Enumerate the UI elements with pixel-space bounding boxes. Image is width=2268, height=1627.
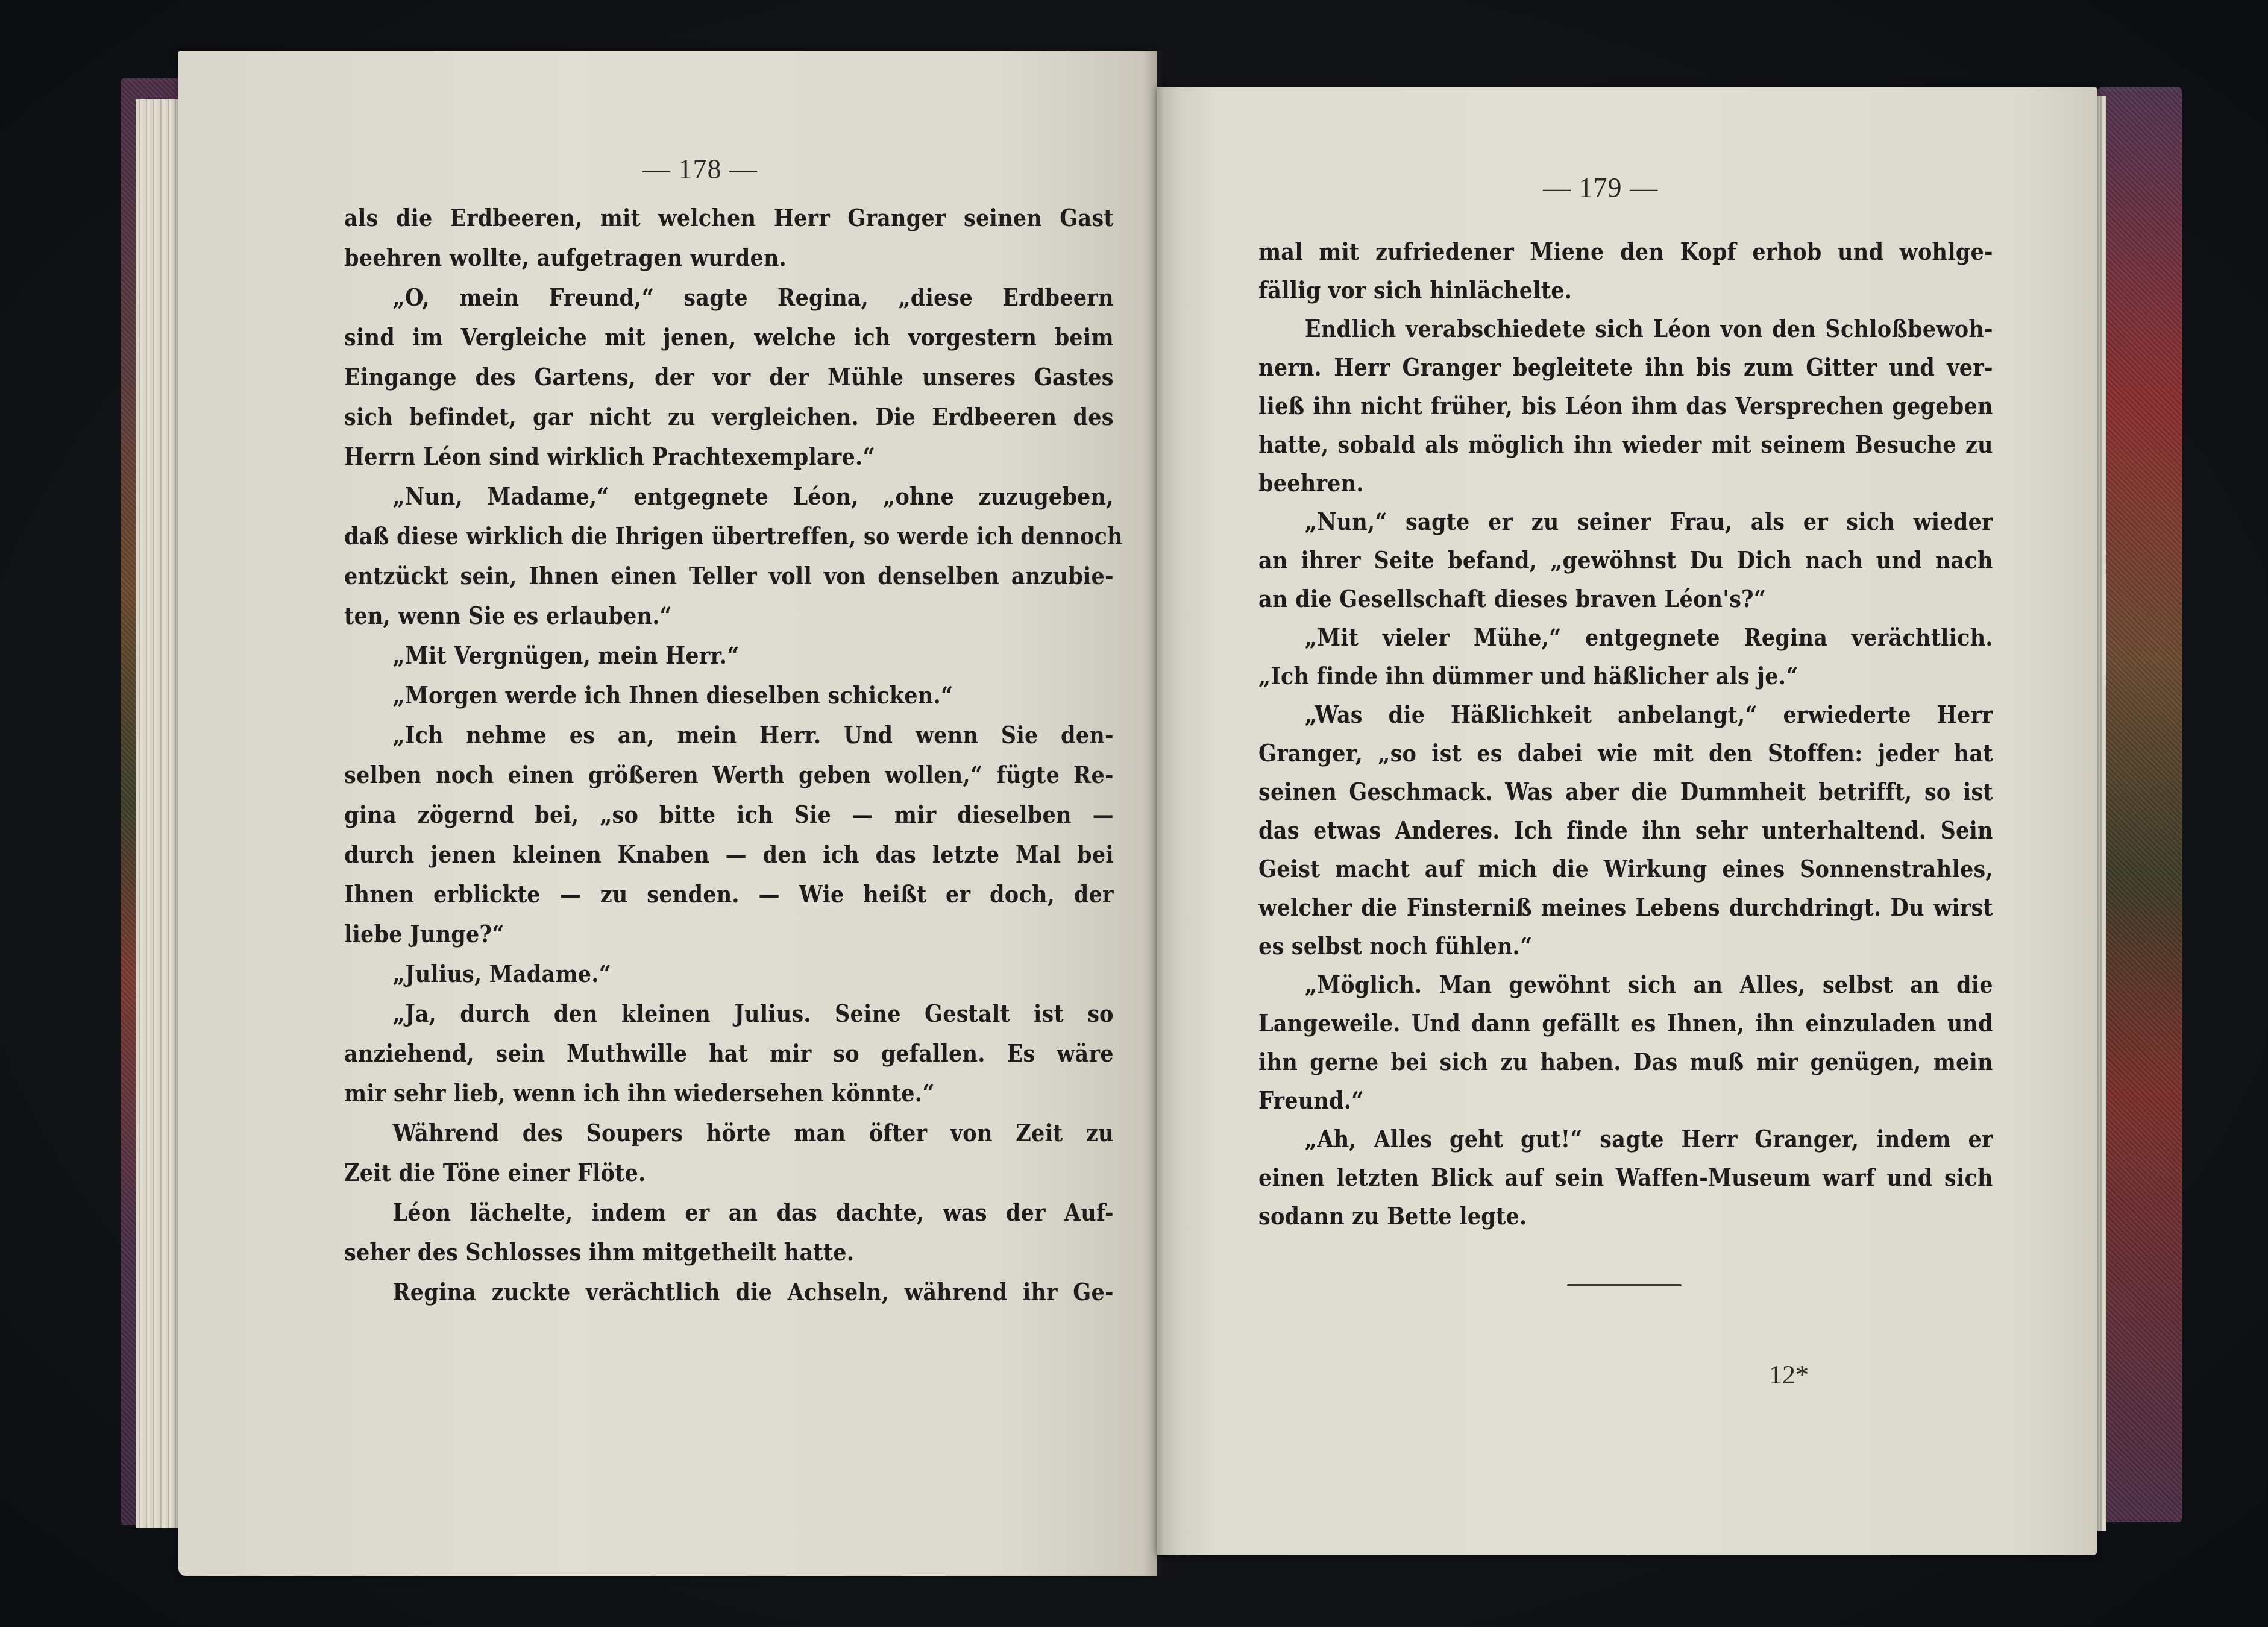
text-line: Léon lächelte, indem er an das dachte, w… [344, 1199, 1114, 1227]
text-line: Herrn Léon sind wirklich Prachtexemplare… [344, 443, 1114, 471]
text-line: hatte, sobald als möglich ihn wieder mit… [1258, 431, 1993, 459]
text-line: an ihrer Seite befand, „gewöhnst Du Dich… [1258, 547, 1993, 574]
text-line: ließ ihn nicht früher, bis Léon ihm das … [1258, 392, 1993, 420]
text-line: das etwas Anderes. Ich finde ihn sehr un… [1258, 817, 1993, 845]
text-line: Während des Soupers hörte man öfter von … [344, 1119, 1114, 1147]
page-number-178: — 178 — [642, 153, 758, 185]
text-line: beehren wollte, aufgetragen wurden. [344, 244, 1114, 272]
text-line: mal mit zufriedener Miene den Kopf erhob… [1258, 238, 1993, 266]
text-line: Ihnen erblickte — zu senden. — Wie heißt… [344, 881, 1114, 908]
text-line: seinen Geschmack. Was aber die Dummheit … [1258, 778, 1993, 806]
text-line: Endlich verabschiedete sich Léon von den… [1258, 315, 1993, 343]
right-page: — 179 — mal mit zufriedener Miene den Ko… [1157, 87, 2097, 1555]
text-line: „Nun, Madame,“ entgegnete Léon, „ohne zu… [344, 483, 1114, 511]
text-line: einen letzten Blick auf sein Waffen-Muse… [1258, 1164, 1993, 1192]
text-line: „Ja, durch den kleinen Julius. Seine Ges… [344, 1000, 1114, 1028]
text-line: Regina zuckte verächtlich die Achseln, w… [344, 1279, 1114, 1306]
signature-mark: 12* [1769, 1359, 1809, 1390]
text-line: als die Erdbeeren, mit welchen Herr Gran… [344, 204, 1114, 232]
text-line: „Was die Häßlichkeit anbelangt,“ erwiede… [1258, 701, 1993, 729]
text-line: es selbst noch fühlen.“ [1258, 933, 1993, 960]
text-line: gina zögernd bei, „so bitte ich Sie — mi… [344, 801, 1114, 829]
text-line: Zeit die Töne einer Flöte. [344, 1159, 1114, 1187]
text-line: liebe Junge?“ [344, 920, 1114, 948]
book-gutter [1142, 51, 1178, 1576]
text-line: sich befindet, gar nicht zu vergleichen.… [344, 403, 1114, 431]
text-line: „O, mein Freund,“ sagte Regina, „diese E… [344, 284, 1114, 312]
text-line: „Nun,“ sagte er zu seiner Frau, als er s… [1258, 508, 1993, 536]
text-line: Langeweile. Und dann gefällt es Ihnen, i… [1258, 1010, 1993, 1037]
text-line: daß diese wirklich die Ihrigen übertreff… [344, 523, 1114, 550]
text-line: Freund.“ [1258, 1087, 1993, 1115]
text-line: „Mit vieler Mühe,“ entgegnete Regina ver… [1258, 624, 1993, 652]
text-line: ihn gerne bei sich zu haben. Das muß mir… [1258, 1048, 1993, 1076]
book-cover-right-edge [2097, 87, 2182, 1522]
text-line: „Ich finde ihn dümmer und häßlicher als … [1258, 662, 1993, 690]
text-line: „Ich nehme es an, mein Herr. Und wenn Si… [344, 722, 1114, 749]
text-line: ten, wenn Sie es erlauben.“ [344, 602, 1114, 630]
text-line: beehren. [1258, 470, 1993, 497]
page-number-179: — 179 — [1543, 172, 1658, 204]
text-line: „Ah, Alles geht gut!“ sagte Herr Granger… [1258, 1125, 1993, 1153]
text-line: welcher die Finsterniß meines Lebens dur… [1258, 894, 1993, 922]
text-line: entzückt sein, Ihnen einen Teller voll v… [344, 562, 1114, 590]
text-line: fällig vor sich hinlächelte. [1258, 277, 1993, 304]
text-line: „Möglich. Man gewöhnt sich an Alles, sel… [1258, 971, 1993, 999]
text-line: „Morgen werde ich Ihnen dieselben schick… [344, 682, 1114, 710]
text-line: anziehend, sein Muthwille hat mir so gef… [344, 1040, 1114, 1068]
text-line: Granger, „so ist es dabei wie mit den St… [1258, 740, 1993, 767]
text-line: „Mit Vergnügen, mein Herr.“ [344, 642, 1114, 670]
text-line: durch jenen kleinen Knaben — den ich das… [344, 841, 1114, 869]
left-page: — 178 — als die Erdbeeren, mit welchen H… [178, 51, 1157, 1576]
text-line: seher des Schlosses ihm mitgetheilt hatt… [344, 1239, 1114, 1267]
text-line: mir sehr lieb, wenn ich ihn wiedersehen … [344, 1080, 1114, 1107]
text-line: sodann zu Bette legte. [1258, 1203, 1993, 1230]
text-line: selben noch einen größeren Werth geben w… [344, 761, 1114, 789]
text-line: sind im Vergleiche mit jenen, welche ich… [344, 324, 1114, 351]
text-line: nern. Herr Granger begleitete ihn bis zu… [1258, 354, 1993, 382]
text-line: „Julius, Madame.“ [344, 960, 1114, 988]
text-line: an die Gesellschaft dieses braven Léon's… [1258, 585, 1993, 613]
text-line: Geist macht auf mich die Wirkung eines S… [1258, 855, 1993, 883]
text-line: Eingange des Gartens, der vor der Mühle … [344, 363, 1114, 391]
chapter-end-rule [1567, 1284, 1682, 1286]
